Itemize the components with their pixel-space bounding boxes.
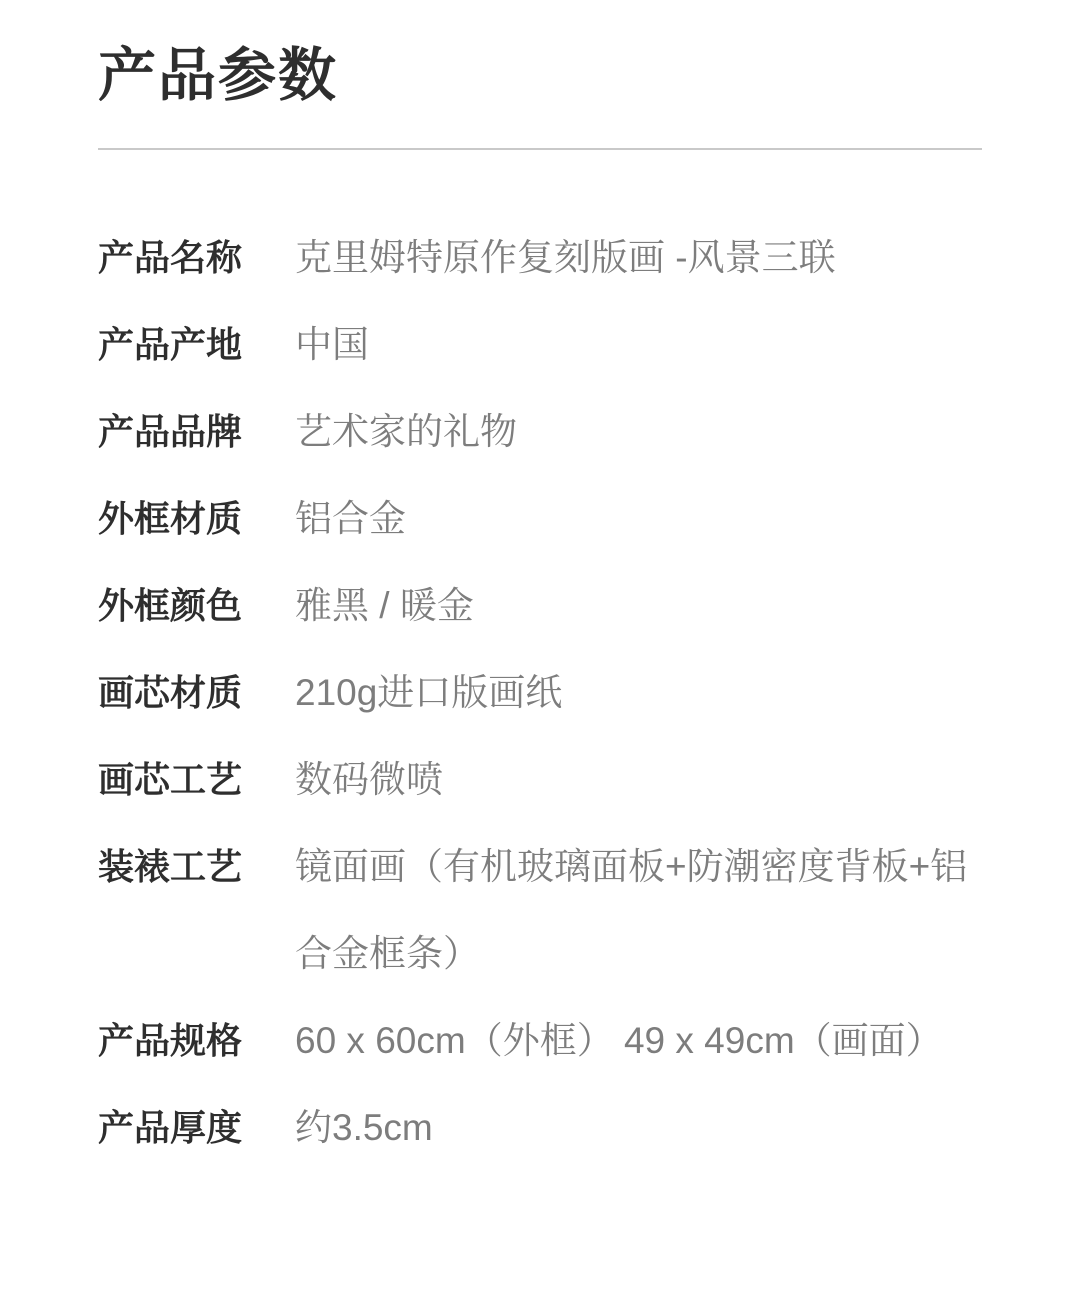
page-title: 产品参数 [98, 0, 982, 108]
spec-row: 产品名称 克里姆特原作复刻版画 -风景三联 [98, 214, 982, 301]
spec-row: 产品厚度 约3.5cm [98, 1084, 982, 1171]
spec-row: 产品规格 60 x 60cm（外框） 49 x 49cm（画面） [98, 997, 982, 1084]
spec-row: 画芯工艺 数码微喷 [98, 736, 982, 823]
spec-label: 产品品牌 [98, 388, 295, 475]
spec-label: 外框材质 [98, 475, 295, 562]
spec-row: 外框颜色 雅黑 / 暖金 [98, 562, 982, 649]
spec-row: 外框材质 铝合金 [98, 475, 982, 562]
spec-value: 数码微喷 [295, 736, 982, 823]
spec-label: 画芯材质 [98, 649, 295, 736]
spec-label: 产品名称 [98, 214, 295, 301]
spec-value: 60 x 60cm（外框） 49 x 49cm（画面） [295, 997, 982, 1084]
spec-row: 画芯材质 210g进口版画纸 [98, 649, 982, 736]
spec-row: 装裱工艺 镜面画（有机玻璃面板+防潮密度背板+铝合金框条） [98, 823, 982, 997]
spec-value: 克里姆特原作复刻版画 -风景三联 [295, 214, 982, 301]
spec-label: 装裱工艺 [98, 823, 295, 910]
spec-value: 约3.5cm [295, 1084, 982, 1171]
spec-value: 镜面画（有机玻璃面板+防潮密度背板+铝合金框条） [295, 823, 982, 997]
spec-value: 210g进口版画纸 [295, 649, 982, 736]
spec-value: 铝合金 [295, 475, 982, 562]
spec-value: 艺术家的礼物 [295, 388, 982, 475]
spec-table: 产品名称 克里姆特原作复刻版画 -风景三联 产品产地 中国 产品品牌 艺术家的礼… [98, 214, 982, 1171]
spec-value: 雅黑 / 暖金 [295, 562, 982, 649]
spec-label: 产品规格 [98, 997, 295, 1084]
spec-label: 产品产地 [98, 301, 295, 388]
spec-row: 产品产地 中国 [98, 301, 982, 388]
spec-label: 产品厚度 [98, 1084, 295, 1171]
spec-value: 中国 [295, 301, 982, 388]
spec-label: 外框颜色 [98, 562, 295, 649]
title-divider [98, 148, 982, 150]
spec-label: 画芯工艺 [98, 736, 295, 823]
product-spec-section: 产品参数 产品名称 克里姆特原作复刻版画 -风景三联 产品产地 中国 产品品牌 … [0, 0, 1080, 1305]
spec-row: 产品品牌 艺术家的礼物 [98, 388, 982, 475]
